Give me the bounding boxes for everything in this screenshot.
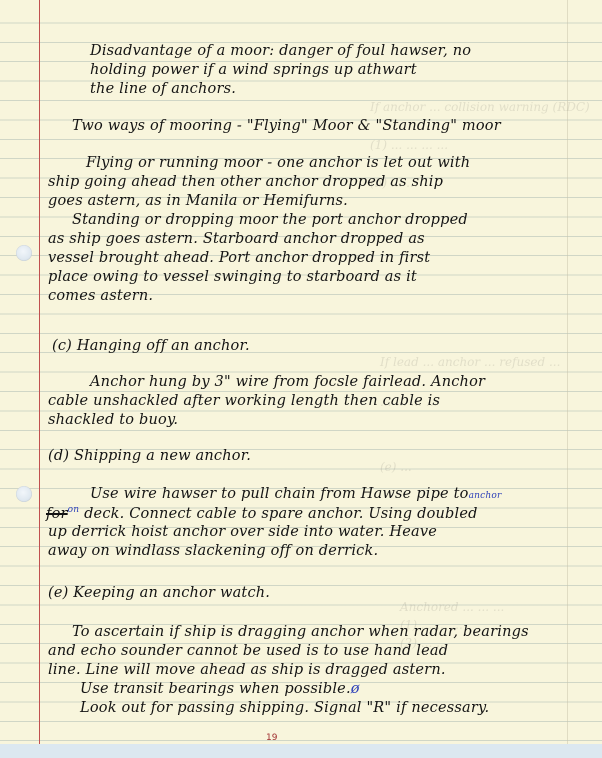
scan-background-strip — [0, 744, 602, 758]
bleed-through-text: (e) ... — [380, 460, 412, 474]
standing-moor-line-2: as ship goes astern. Starboard anchor dr… — [48, 231, 425, 247]
punch-hole-top — [16, 245, 32, 261]
disadvantage-line-1: Disadvantage of a moor: danger of foul h… — [90, 43, 471, 59]
section-d-line-2-text: deck. Connect cable to spare anchor. Usi… — [84, 506, 478, 522]
bleed-through-text: Anchored ... ... ... — [400, 600, 504, 614]
section-e-line-2: and echo sounder cannot be used is to us… — [48, 643, 448, 659]
section-d-line-1: Use wire hawser to pull chain from Hawse… — [90, 486, 502, 502]
punch-hole-bottom — [16, 486, 32, 502]
section-e-line-5: Look out for passing shipping. Signal "R… — [80, 700, 489, 716]
blue-ink-insertion-anchor: anchor — [469, 491, 502, 501]
section-e-line-1: To ascertain if ship is dragging anchor … — [72, 624, 529, 640]
standing-moor-line-1: Standing or dropping moor the port ancho… — [72, 212, 468, 228]
section-d-line-2: foron deck. Connect cable to spare ancho… — [46, 505, 478, 522]
struck-through-word: for — [46, 506, 68, 522]
section-e-line-4-text: Use transit bearings when possible. — [80, 681, 351, 697]
section-c-line-1: Anchor hung by 3" wire from focsle fairl… — [90, 374, 485, 390]
section-e-line-4: Use transit bearings when possible.ø — [80, 681, 360, 697]
blue-ink-insertion-on: on — [68, 505, 80, 515]
section-c-line-2: cable unshackled after working length th… — [48, 393, 440, 409]
section-d-line-4: away on windlass slackening off on derri… — [48, 543, 378, 559]
notebook-page: If anchor ... collision warning (RDC) (1… — [0, 0, 602, 744]
blue-ink-mark: ø — [351, 681, 360, 697]
disadvantage-line-3: the line of anchors. — [90, 81, 236, 97]
section-e-heading: (e) Keeping an anchor watch. — [48, 585, 270, 601]
section-d-line-3: up derrick hoist anchor over side into w… — [48, 524, 437, 540]
section-c-heading: (c) Hanging off an anchor. — [52, 338, 250, 354]
bleed-through-text: If lead ... anchor ... refused ... — [380, 355, 560, 369]
two-ways-heading: Two ways of mooring - "Flying" Moor & "S… — [72, 118, 501, 134]
flying-moor-line-3: goes astern, as in Manila or Hemifurns. — [48, 193, 348, 209]
flying-moor-line-2: ship going ahead then other anchor dropp… — [48, 174, 443, 190]
bleed-through-text: If anchor ... collision warning (RDC) — [370, 100, 590, 114]
standing-moor-line-5: comes astern. — [48, 288, 153, 304]
section-e-line-3: line. Line will move ahead as ship is dr… — [48, 662, 446, 678]
bleed-through-text: (1) ... ... ... ... — [370, 138, 448, 152]
section-d-heading: (d) Shipping a new anchor. — [48, 448, 251, 464]
page-number: 19 — [266, 733, 277, 743]
flying-moor-line-1: Flying or running moor - one anchor is l… — [86, 155, 470, 171]
section-d-line-1-text: Use wire hawser to pull chain from Hawse… — [90, 486, 469, 502]
standing-moor-line-4: place owing to vessel swinging to starbo… — [48, 269, 417, 285]
disadvantage-line-2: holding power if a wind springs up athwa… — [90, 62, 417, 78]
red-margin-line — [39, 0, 40, 744]
section-c-line-3: shackled to buoy. — [48, 412, 178, 428]
standing-moor-line-3: vessel brought ahead. Port anchor droppe… — [48, 250, 430, 266]
